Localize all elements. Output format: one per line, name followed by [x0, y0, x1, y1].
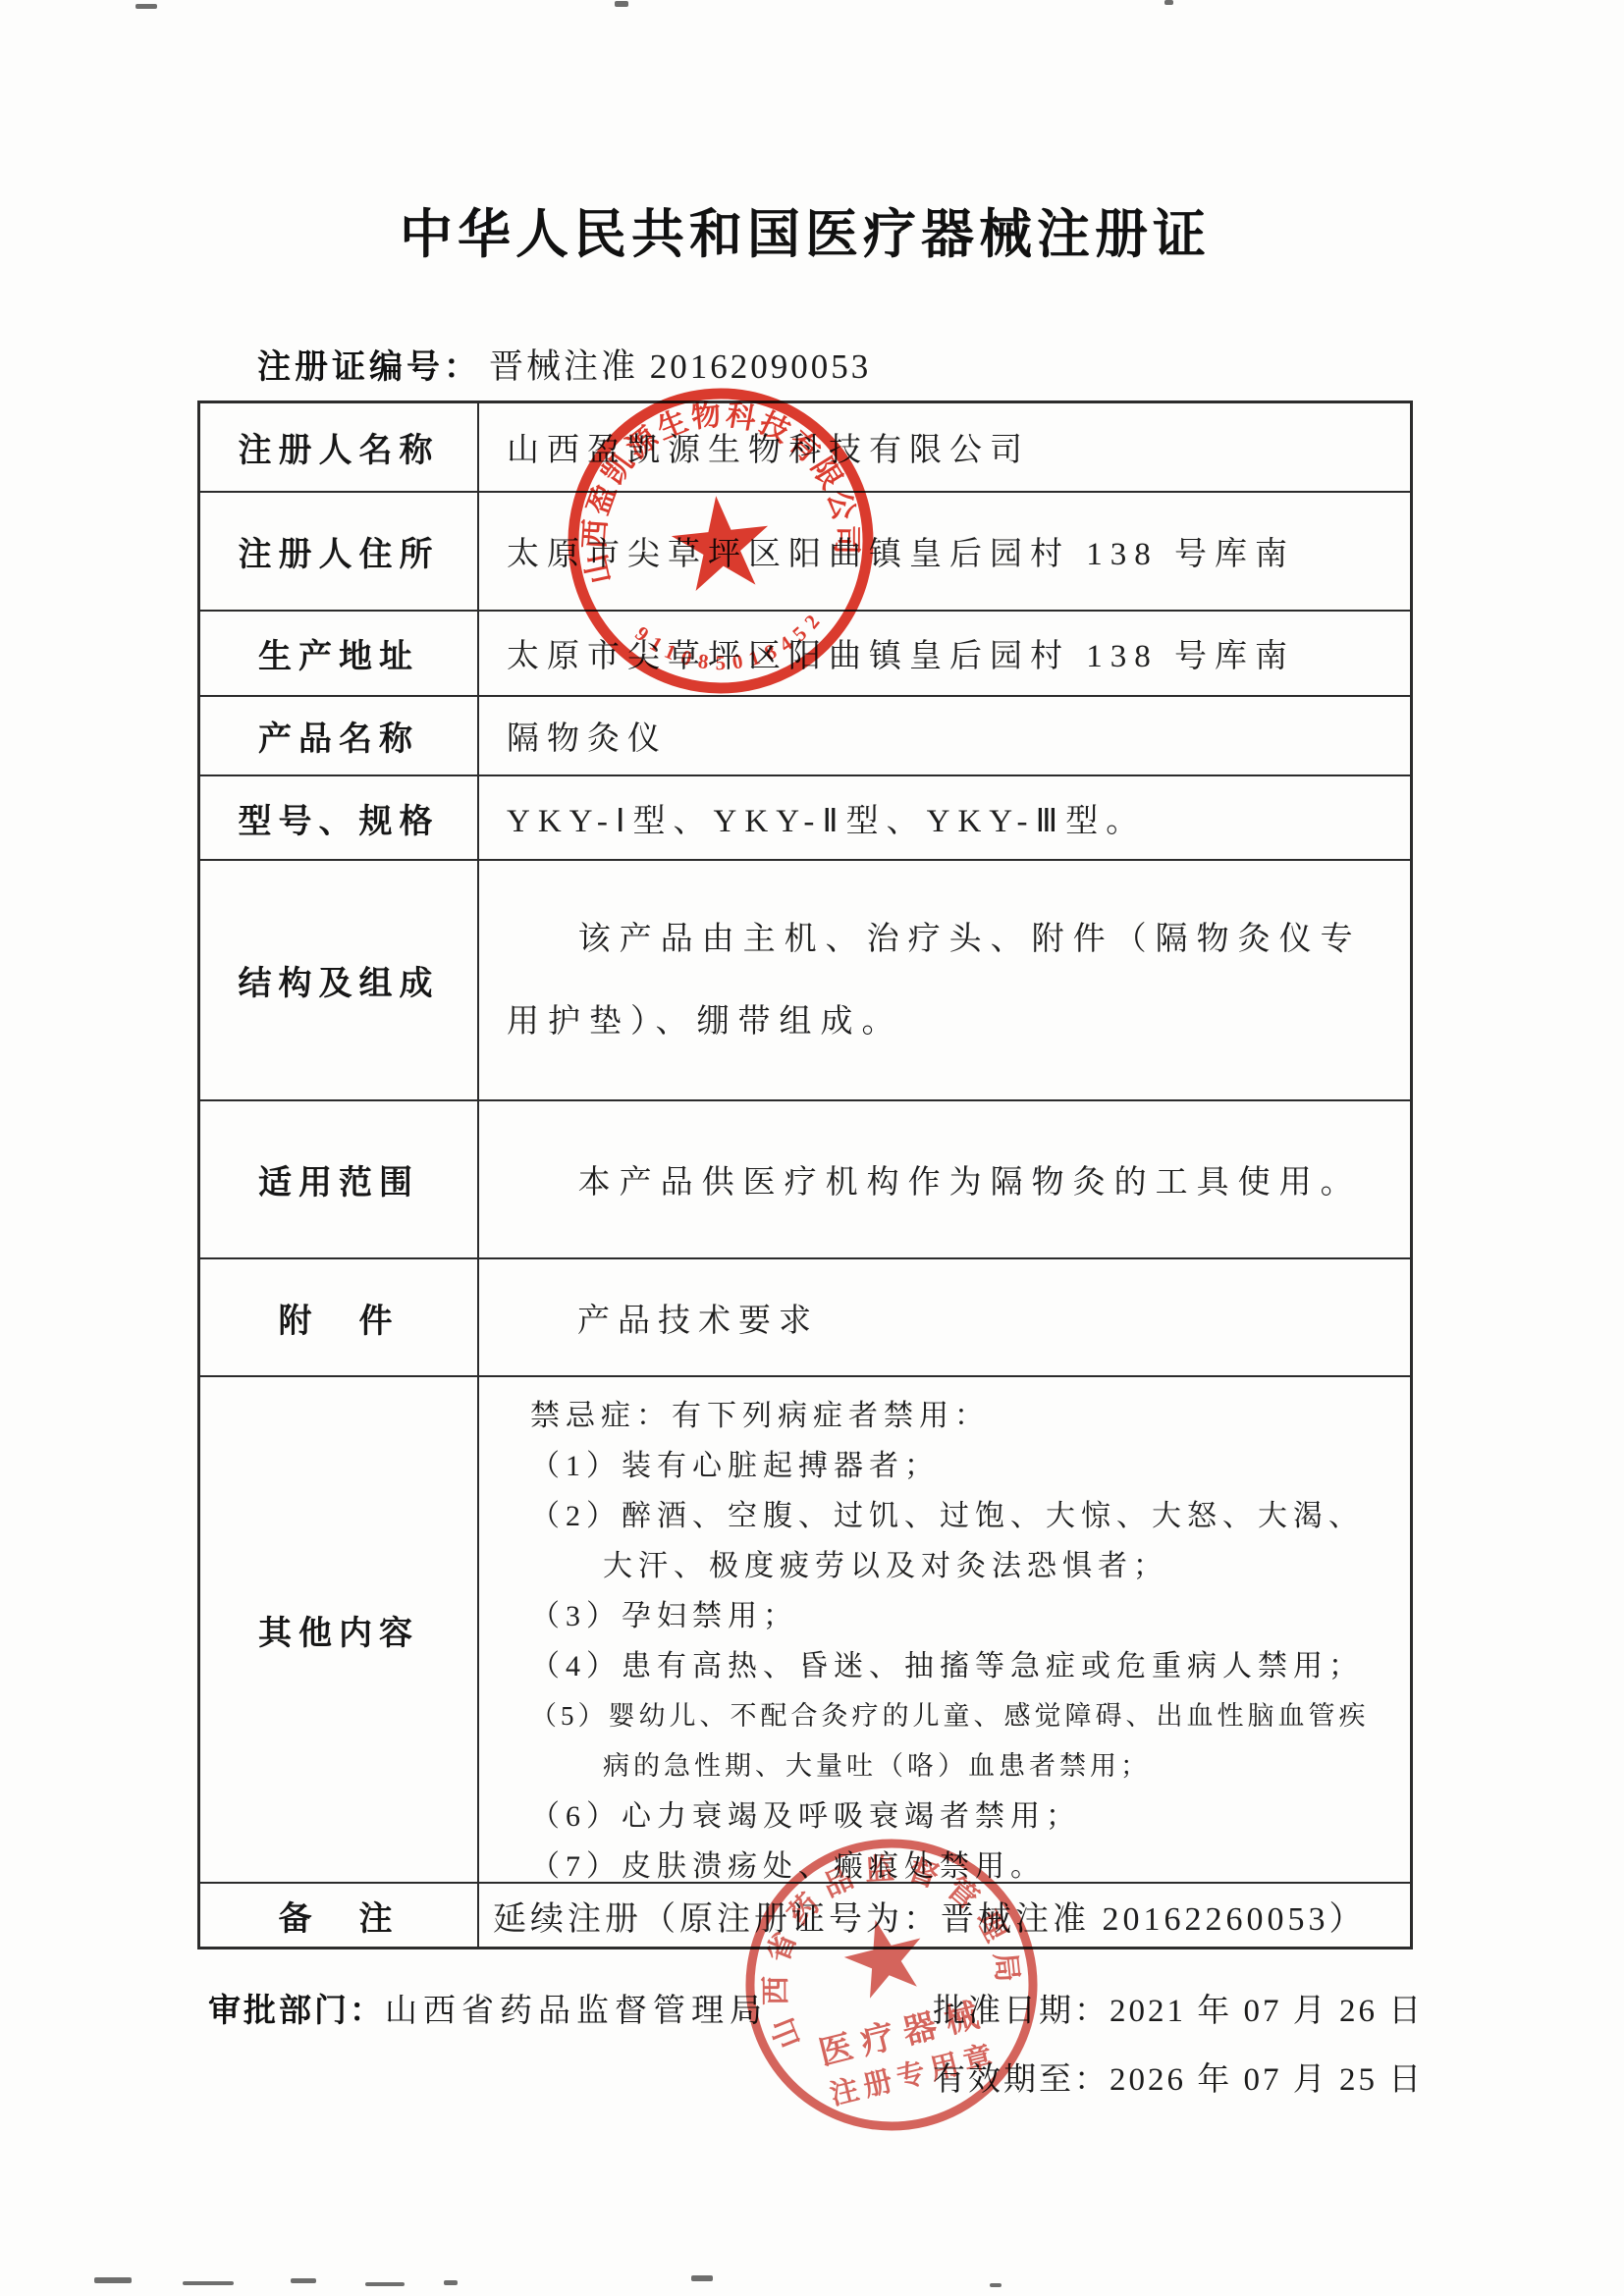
row-label: 注册人住所: [200, 493, 479, 610]
table-row-structure: 结构及组成 该产品由主机、治疗头、附件（隔物灸仪专用护垫）、绷带组成。: [200, 859, 1410, 1099]
contraindication-item: （2）醉酒、空腹、过饥、过饱、大惊、大怒、大渴、大汗、极度疲劳以及对灸法恐惧者；: [530, 1491, 1384, 1591]
scan-artifact: [615, 1, 628, 7]
row-value: YKY-Ⅰ型、YKY-Ⅱ型、YKY-Ⅲ型。: [479, 776, 1410, 859]
approval-date-value: 2021 年 07 月 26 日: [1110, 1994, 1424, 2029]
registration-number-value: 晋械注准 20162090053: [489, 347, 871, 386]
row-value: 该产品由主机、治疗头、附件（隔物灸仪专用护垫）、绷带组成。: [479, 861, 1410, 1099]
row-value: 延续注册（原注册证号为：晋械注准 20162260053）: [479, 1884, 1410, 1947]
certificate-page: 中华人民共和国医疗器械注册证 注册证编号：晋械注准 20162090053 注册…: [0, 0, 1624, 2296]
approval-date-line: 批准日期：2021 年 07 月 26 日: [933, 1985, 1424, 2031]
scan-artifact: [1164, 0, 1173, 5]
row-value: 太原市尖草坪区阳曲镇皇后园村 138 号库南: [479, 612, 1410, 695]
table-row-model-spec: 型号、规格 YKY-Ⅰ型、YKY-Ⅱ型、YKY-Ⅲ型。: [200, 774, 1410, 859]
page-title: 中华人民共和国医疗器械注册证: [197, 192, 1413, 268]
approval-department-value: 山西省药品监督管理局: [385, 1994, 768, 2029]
approval-department-label: 审批部门：: [208, 1992, 385, 2028]
row-value: 隔物灸仪: [479, 697, 1410, 774]
scan-artifact: [94, 2277, 132, 2283]
row-label: 附 件: [200, 1259, 479, 1375]
scan-artifact: [291, 2278, 316, 2283]
registration-number-line: 注册证编号：晋械注准 20162090053: [257, 340, 871, 389]
contraindication-item: （6）心力衰竭及呼吸衰竭者禁用；: [530, 1791, 1384, 1842]
scan-artifact: [444, 2280, 458, 2285]
table-row-scope: 适用范围 本产品供医疗机构作为隔物灸的工具使用。: [200, 1099, 1410, 1257]
valid-until-line: 有效期至：2026 年 07 月 25 日: [933, 2054, 1424, 2100]
scan-artifact: [691, 2275, 713, 2281]
row-label: 注册人名称: [200, 403, 479, 491]
contraindication-item: （4）患有高热、昏迷、抽搐等急症或危重病人禁用；: [530, 1641, 1384, 1691]
table-row-attachment: 附 件 产品技术要求: [200, 1257, 1410, 1375]
valid-until-value: 2026 年 07 月 25 日: [1110, 2062, 1424, 2098]
scope-paragraph: 本产品供医疗机构作为隔物灸的工具使用。: [507, 1156, 1362, 1202]
approval-date-label: 批准日期：: [933, 1994, 1110, 2029]
row-label: 生产地址: [200, 612, 479, 695]
scan-artifact: [990, 2283, 1001, 2287]
table-row-product-name: 产品名称 隔物灸仪: [200, 695, 1410, 774]
certificate-table: 注册人名称 山西盈凯源生物科技有限公司 注册人住所 太原市尖草坪区阳曲镇皇后园村…: [197, 400, 1413, 1949]
row-label: 结构及组成: [200, 861, 479, 1099]
approval-department-line: 审批部门：山西省药品监督管理局: [208, 1985, 768, 2031]
row-label: 型号、规格: [200, 776, 479, 859]
table-row-production-address: 生产地址 太原市尖草坪区阳曲镇皇后园村 138 号库南: [200, 610, 1410, 695]
contraindication-item: （3）孕妇禁用；: [530, 1591, 1384, 1641]
contraindication-item: （5）婴幼儿、不配合灸疗的儿童、感觉障碍、出血性脑血管疾病的急性期、大量吐（咯）…: [530, 1691, 1384, 1791]
valid-until-label: 有效期至：: [933, 2062, 1110, 2098]
row-label: 备 注: [200, 1884, 479, 1947]
row-label: 其他内容: [200, 1377, 479, 1882]
row-value: 本产品供医疗机构作为隔物灸的工具使用。: [479, 1101, 1410, 1257]
scan-artifact: [365, 2282, 405, 2286]
row-value: 产品技术要求: [479, 1259, 1410, 1375]
table-row-other-content: 其他内容 禁忌症：有下列病症者禁用： （1）装有心脏起搏器者； （2）醉酒、空腹…: [200, 1375, 1410, 1882]
contraindication-intro: 禁忌症：有下列病症者禁用：: [530, 1391, 1384, 1441]
row-label: 产品名称: [200, 697, 479, 774]
table-row-remark: 备 注 延续注册（原注册证号为：晋械注准 20162260053）: [200, 1882, 1410, 1947]
structure-paragraph: 该产品由主机、治疗头、附件（隔物灸仪专用护垫）、绷带组成。: [507, 898, 1390, 1063]
row-value: 禁忌症：有下列病症者禁用： （1）装有心脏起搏器者； （2）醉酒、空腹、过饥、过…: [479, 1377, 1410, 1882]
row-value: 山西盈凯源生物科技有限公司: [479, 403, 1410, 491]
row-label: 适用范围: [200, 1101, 479, 1257]
table-row-registrant-address: 注册人住所 太原市尖草坪区阳曲镇皇后园村 138 号库南: [200, 491, 1410, 610]
contraindication-list: 禁忌症：有下列病症者禁用： （1）装有心脏起搏器者； （2）醉酒、空腹、过饥、过…: [507, 1377, 1398, 1892]
scan-artifact: [183, 2281, 234, 2285]
scan-artifact: [135, 4, 157, 9]
contraindication-item: （1）装有心脏起搏器者；: [530, 1441, 1384, 1491]
table-row-registrant-name: 注册人名称 山西盈凯源生物科技有限公司: [200, 403, 1410, 491]
registration-number-label: 注册证编号：: [257, 348, 481, 386]
row-value: 太原市尖草坪区阳曲镇皇后园村 138 号库南: [479, 493, 1410, 610]
